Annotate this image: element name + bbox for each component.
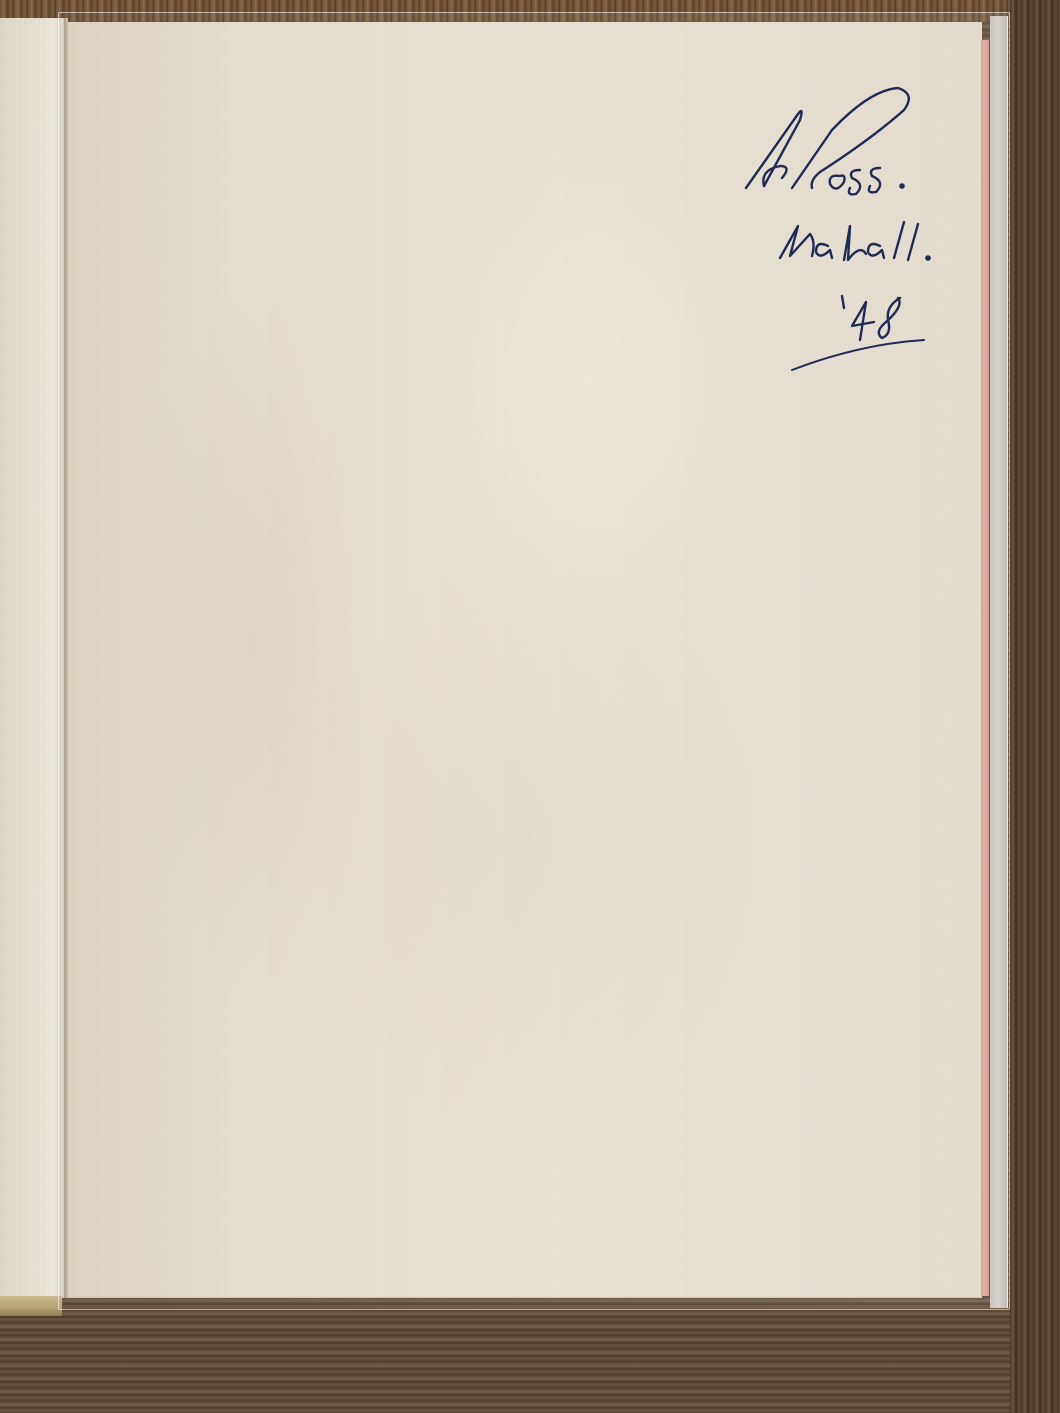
book-spine-gilt-edge [0,1296,62,1316]
inscription-handwriting [720,70,960,380]
wooden-surface-right [1010,0,1060,1413]
handwritten-inscription: R Ross. Walsall. '48 [720,70,960,380]
book-spine-cloth [0,18,66,1298]
